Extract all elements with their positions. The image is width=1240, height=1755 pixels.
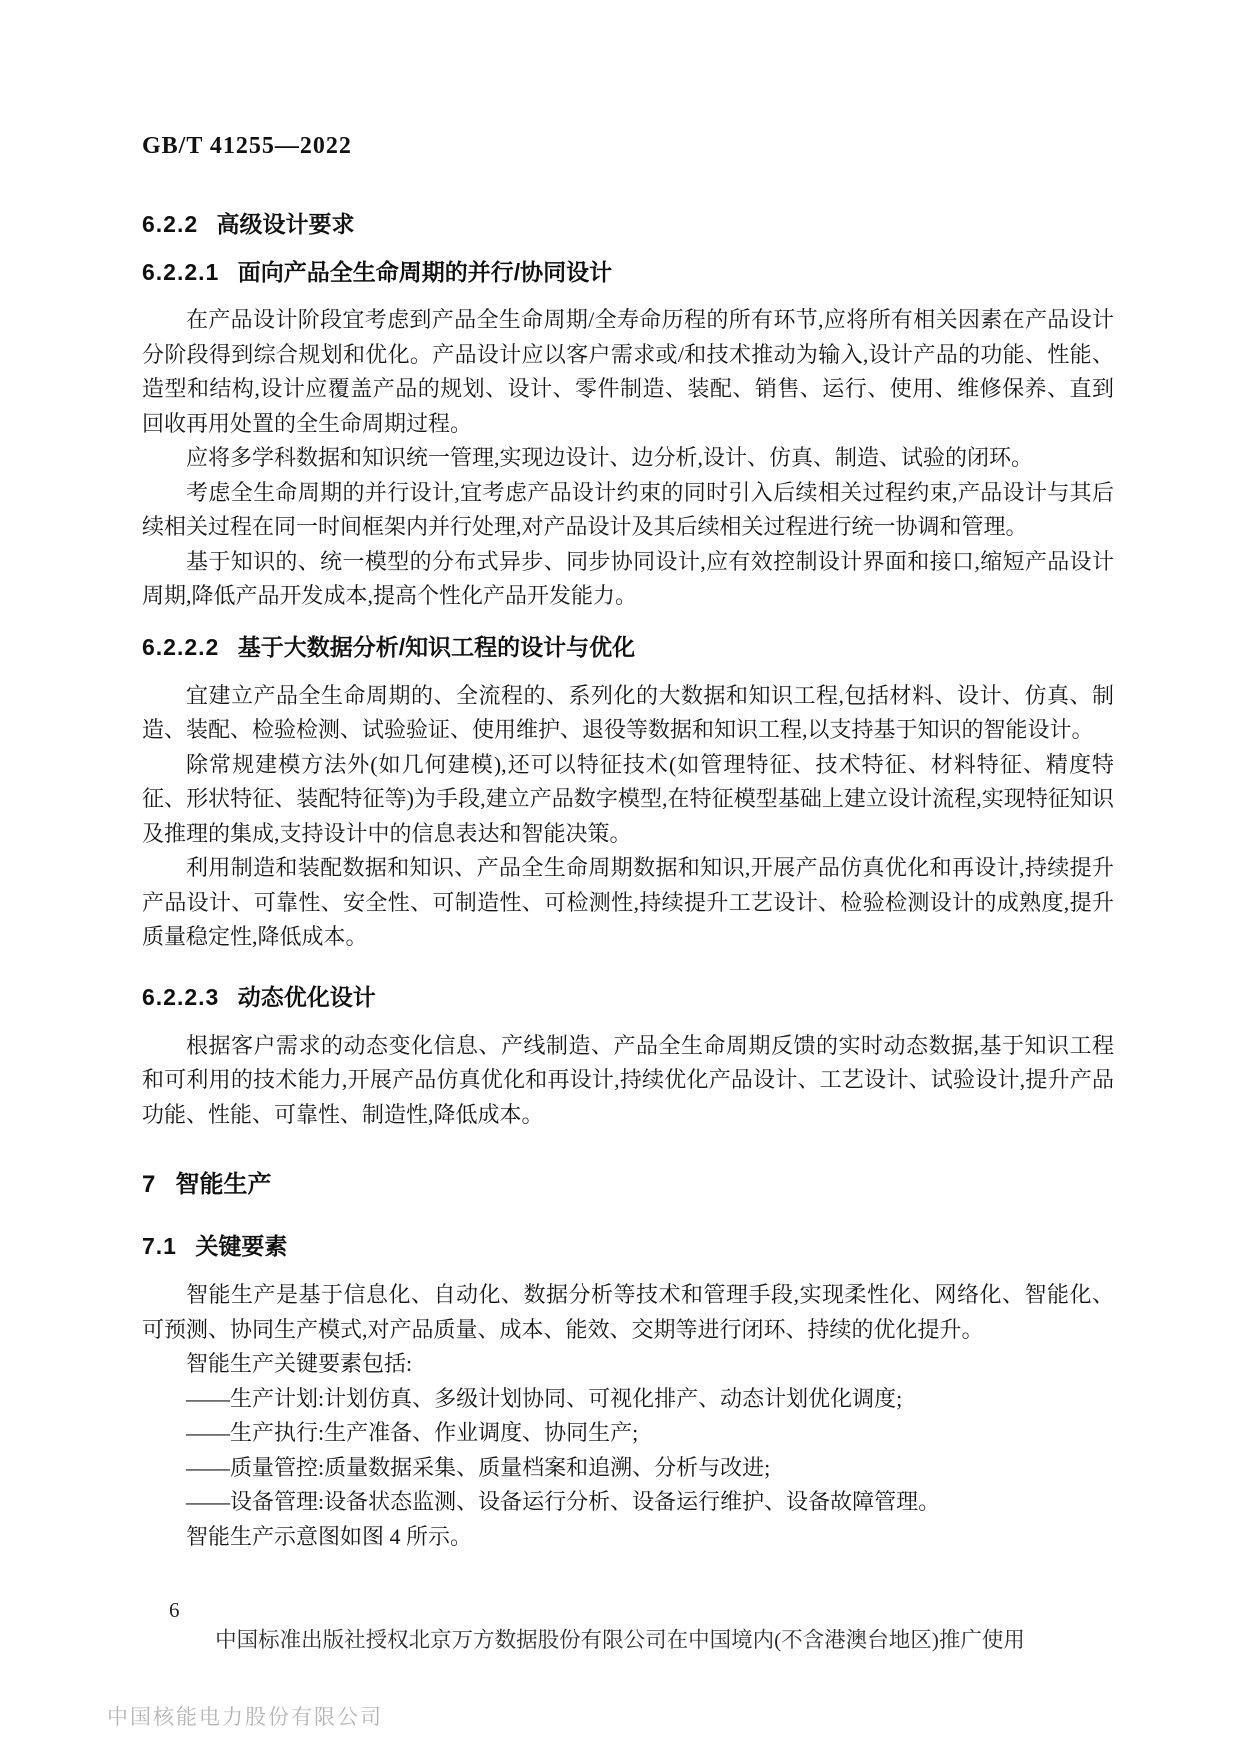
heading-clause-6-2-2: 6.2.2高级设计要求 [142, 209, 1114, 239]
paragraph: 智能生产关键要素包括: [142, 1347, 1114, 1382]
paragraph: 宜建立产品全生命周期的、全流程的、系列化的大数据和知识工程,包括材料、设计、仿真… [142, 679, 1114, 748]
section-6-2-2-2-body: 宜建立产品全生命周期的、全流程的、系列化的大数据和知识工程,包括材料、设计、仿真… [142, 679, 1114, 955]
clause-number: 6.2.2.1 [142, 259, 219, 285]
paragraph: 应将多学科数据和知识统一管理,实现边设计、边分析,设计、仿真、制造、试验的闭环。 [142, 441, 1114, 476]
page-number: 6 [169, 1598, 180, 1622]
section-6-2-2-1-body: 在产品设计阶段宜考虑到产品全生命周期/全寿命历程的所有环节,应将所有相关因素在产… [142, 303, 1114, 614]
heading-clause-6-2-2-3: 6.2.2.3动态优化设计 [142, 982, 1114, 1012]
heading-chapter-7: 7智能生产 [142, 1170, 1114, 1200]
paragraph: 考虑全生命周期的并行设计,宜考虑产品设计约束的同时引入后续相关过程约束,产品设计… [142, 476, 1114, 545]
clause-number: 6.2.2 [142, 211, 198, 237]
clause-title: 面向产品全生命周期的并行/协同设计 [238, 259, 612, 285]
list-item-quality-control: ——质量管控:质量数据采集、质量档案和追溯、分析与改进; [142, 1451, 1114, 1486]
paragraph: 利用制造和装配数据和知识、产品全生命周期数据和知识,开展产品仿真优化和再设计,持… [142, 851, 1114, 955]
clause-title: 动态优化设计 [238, 984, 376, 1010]
clause-number: 7.1 [142, 1233, 177, 1259]
document-page: GB/T 41255—2022 6.2.2高级设计要求 6.2.2.1面向产品全… [0, 0, 1240, 1755]
heading-clause-6-2-2-2: 6.2.2.2基于大数据分析/知识工程的设计与优化 [142, 632, 1114, 662]
standard-code: GB/T 41255—2022 [142, 131, 1114, 161]
company-watermark: 中国核能电力股份有限公司 [107, 1703, 383, 1731]
paragraph: 根据客户需求的动态变化信息、产线制造、产品全生命周期反馈的实时动态数据,基于知识… [142, 1029, 1114, 1133]
clause-title: 关键要素 [195, 1233, 287, 1259]
list-item-production-execution: ——生产执行:生产准备、作业调度、协同生产; [142, 1416, 1114, 1451]
clause-title: 智能生产 [176, 1171, 272, 1198]
paragraph: 在产品设计阶段宜考虑到产品全生命周期/全寿命历程的所有环节,应将所有相关因素在产… [142, 303, 1114, 441]
paragraph: 基于知识的、统一模型的分布式异步、同步协同设计,应有效控制设计界面和接口,缩短产… [142, 545, 1114, 614]
clause-number: 7 [142, 1171, 156, 1198]
clause-title: 高级设计要求 [217, 211, 355, 237]
heading-clause-6-2-2-1: 6.2.2.1面向产品全生命周期的并行/协同设计 [142, 257, 1114, 287]
section-7-1-body: 智能生产是基于信息化、自动化、数据分析等技术和管理手段,实现柔性化、网络化、智能… [142, 1278, 1114, 1554]
list-item-equipment-management: ——设备管理:设备状态监测、设备运行分析、设备运行维护、设备故障管理。 [142, 1485, 1114, 1520]
section-6-2-2-3-body: 根据客户需求的动态变化信息、产线制造、产品全生命周期反馈的实时动态数据,基于知识… [142, 1029, 1114, 1133]
clause-number: 6.2.2.2 [142, 634, 219, 660]
page-content: GB/T 41255—2022 6.2.2高级设计要求 6.2.2.1面向产品全… [142, 0, 1114, 1554]
clause-title: 基于大数据分析/知识工程的设计与优化 [238, 634, 635, 660]
footer-license-note: 中国标准出版社授权北京万方数据股份有限公司在中国境内(不含港澳台地区)推广使用 [0, 1626, 1240, 1654]
list-item-production-planning: ——生产计划:计划仿真、多级计划协同、可视化排产、动态计划优化调度; [142, 1382, 1114, 1417]
paragraph: 除常规建模方法外(如几何建模),还可以特征技术(如管理特征、技术特征、材料特征、… [142, 748, 1114, 852]
paragraph: 智能生产示意图如图 4 所示。 [142, 1520, 1114, 1555]
heading-clause-7-1: 7.1关键要素 [142, 1231, 1114, 1261]
paragraph: 智能生产是基于信息化、自动化、数据分析等技术和管理手段,实现柔性化、网络化、智能… [142, 1278, 1114, 1347]
clause-number: 6.2.2.3 [142, 984, 219, 1010]
